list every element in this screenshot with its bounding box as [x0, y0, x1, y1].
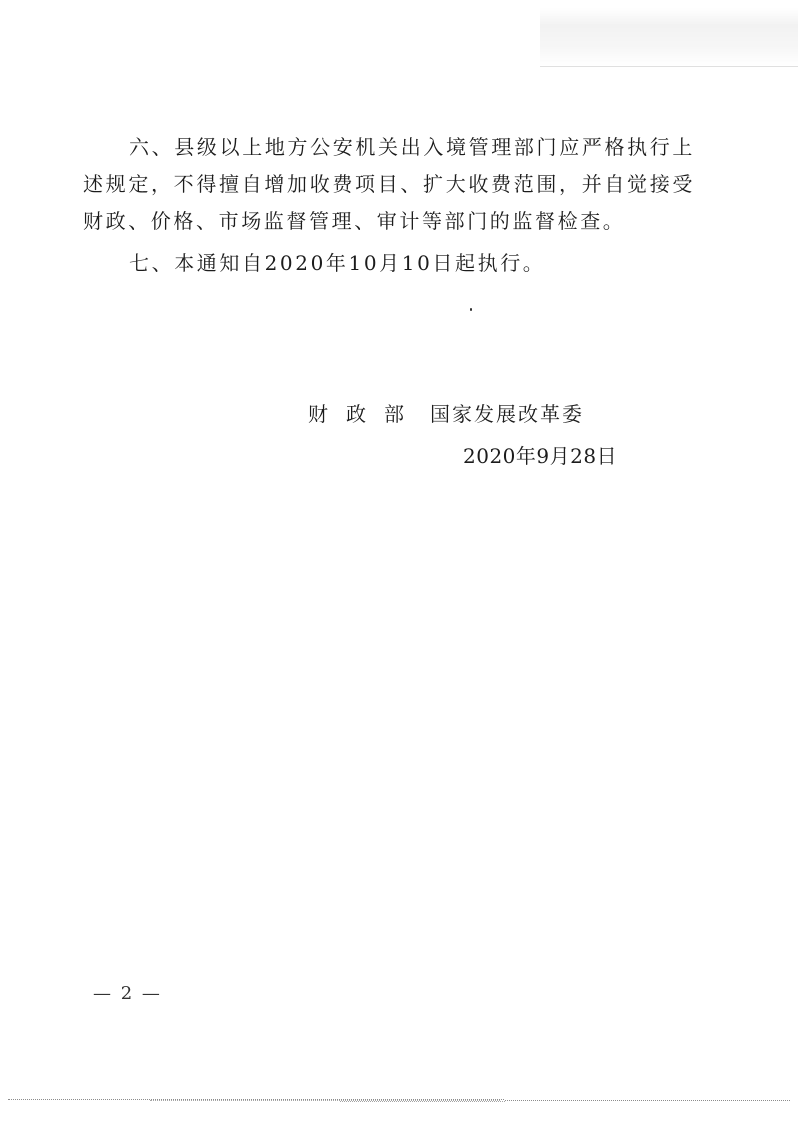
scan-edge-line: [340, 1101, 505, 1102]
page-number: — 2 —: [93, 983, 162, 1004]
issuer-ministry-of-finance: 财政部: [308, 398, 422, 427]
paragraph-item-7: 七、本通知自2020年10月10日起执行。: [83, 245, 695, 282]
issue-date: 2020年9月28日: [463, 440, 617, 469]
signature-block: 财政部国家发展改革委: [308, 398, 584, 427]
scan-edge-line: [505, 1100, 790, 1101]
scan-shadow: [540, 8, 798, 67]
document-body: 六、县级以上地方公安机关出入境管理部门应严格执行上述规定，不得擅自增加收费项目、…: [83, 129, 695, 282]
scan-speck: [470, 308, 472, 311]
issuer-ndrc: 国家发展改革委: [430, 402, 584, 426]
paragraph-item-6: 六、县级以上地方公安机关出入境管理部门应严格执行上述规定，不得擅自增加收费项目、…: [83, 129, 695, 240]
